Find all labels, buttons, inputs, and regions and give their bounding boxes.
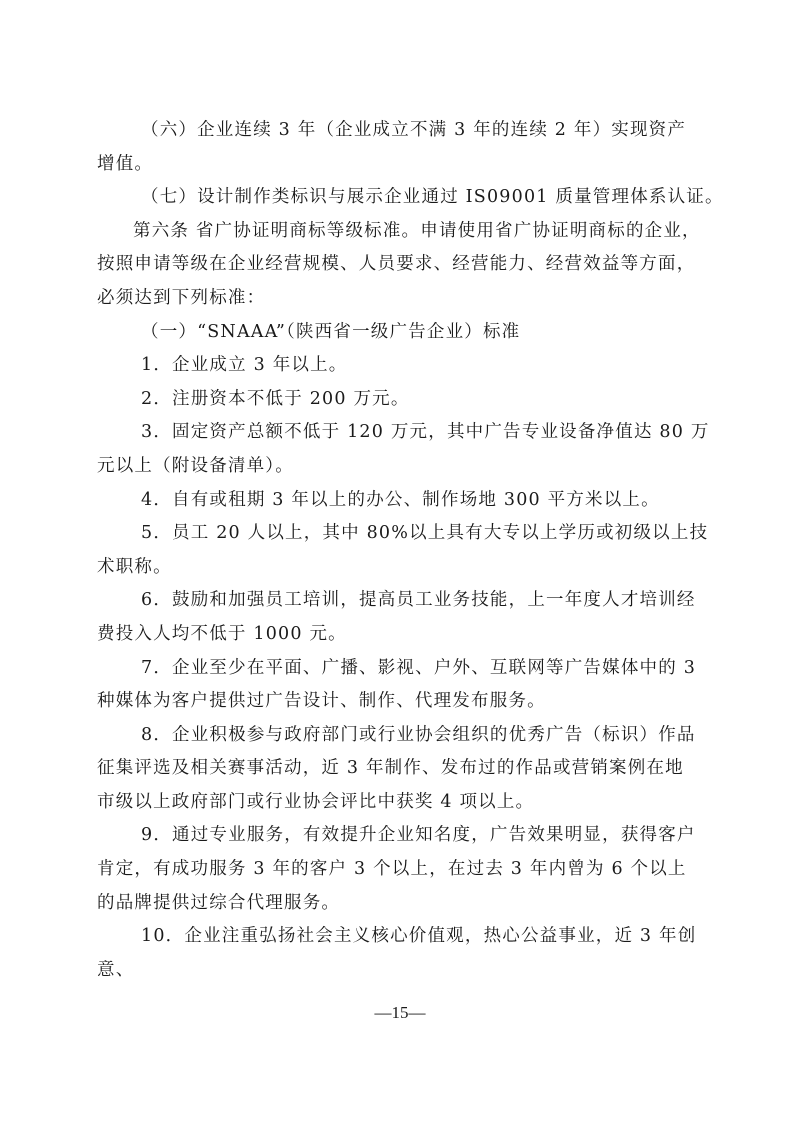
text-line: 术职称。 <box>97 551 712 585</box>
list-item-line: 10．企业注重弘扬社会主义核心价值观，热心公益事业，近 3 年创 <box>97 920 712 954</box>
list-item-line: 3．固定资产总额不低于 120 万元，其中广告专业设备净值达 80 万 <box>97 416 712 450</box>
page-number: —15— <box>0 1003 800 1023</box>
text-line: 按照申请等级在企业经营规模、人员要求、经营能力、经营效益等方面， <box>97 248 712 282</box>
text-line: 必须达到下列标准： <box>97 282 712 316</box>
text-line: （六）企业连续 3 年（企业成立不满 3 年的连续 2 年）实现资产 <box>97 114 712 148</box>
list-item-line: 9．通过专业服务，有效提升企业知名度，广告效果明显，获得客户 <box>97 819 712 853</box>
text-line: 费投入人均不低于 1000 元。 <box>97 618 712 652</box>
text-line: 肯定，有成功服务 3 年的客户 3 个以上，在过去 3 年内曾为 6 个以上 <box>97 853 712 887</box>
text-line: （七）设计制作类标识与展示企业通过 IS09001 质量管理体系认证。 <box>97 181 712 215</box>
list-item-line: 2．注册资本不低于 200 万元。 <box>97 383 712 417</box>
text-line: 市级以上政府部门或行业协会评比中获奖 4 项以上。 <box>97 786 712 820</box>
list-item-line: 5．员工 20 人以上，其中 80%以上具有大专以上学历或初级以上技 <box>97 517 712 551</box>
article-heading-line: 第六条 省广协证明商标等级标准。申请使用省广协证明商标的企业， <box>97 215 712 249</box>
list-item-line: 1．企业成立 3 年以上。 <box>97 349 712 383</box>
list-item-line: 6．鼓励和加强员工培训，提高员工业务技能，上一年度人才培训经 <box>97 584 712 618</box>
document-page: （六）企业连续 3 年（企业成立不满 3 年的连续 2 年）实现资产 增值。 （… <box>97 114 712 987</box>
text-line: 征集评选及相关赛事活动，近 3 年制作、发布过的作品或营销案例在地 <box>97 752 712 786</box>
text-line: 的品牌提供过综合代理服务。 <box>97 887 712 921</box>
text-line: 元以上（附设备清单）。 <box>97 450 712 484</box>
list-item-line: 7．企业至少在平面、广播、影视、户外、互联网等广告媒体中的 3 <box>97 652 712 686</box>
text-line: 增值。 <box>97 148 712 182</box>
list-item-line: 4．自有或租期 3 年以上的办公、制作场地 300 平方米以上。 <box>97 484 712 518</box>
text-line: 种媒体为客户提供过广告设计、制作、代理发布服务。 <box>97 685 712 719</box>
section-heading-line: （一）“SNAAA”（陕西省一级广告企业）标准 <box>97 316 712 350</box>
list-item-line: 8．企业积极参与政府部门或行业协会组织的优秀广告（标识）作品 <box>97 719 712 753</box>
text-line: 意、 <box>97 954 712 988</box>
